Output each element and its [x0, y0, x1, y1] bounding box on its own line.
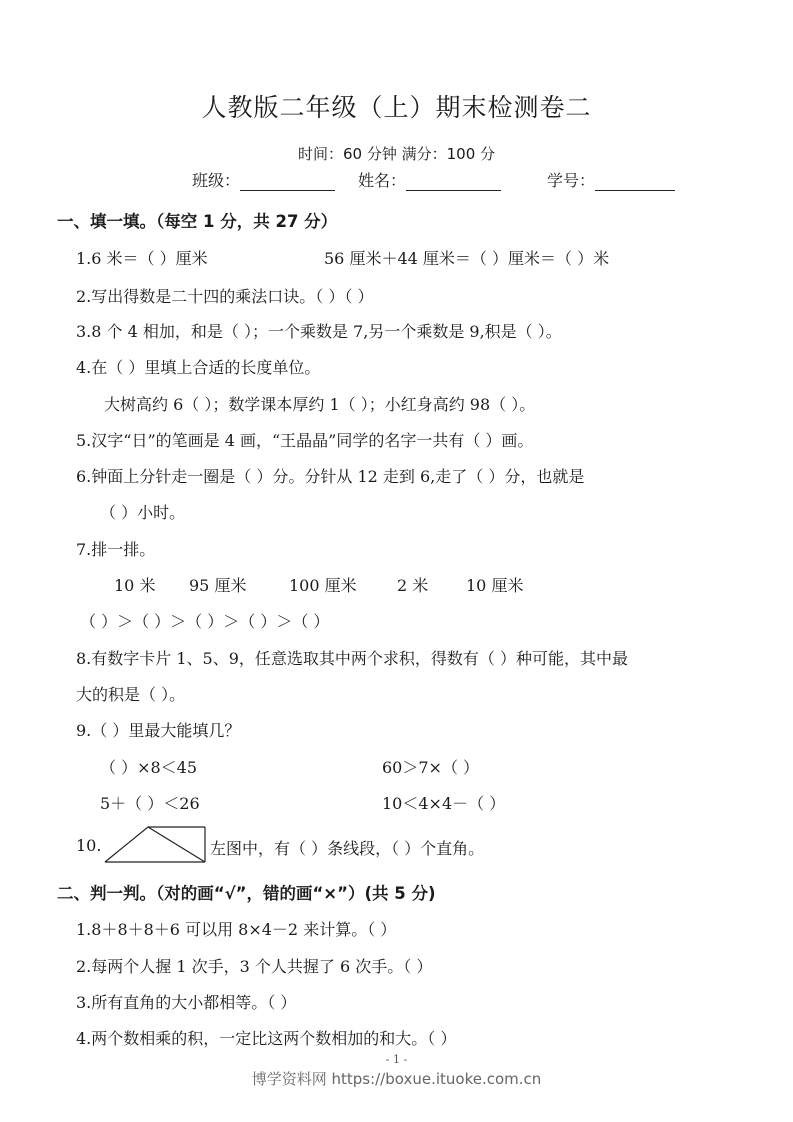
judge-item: 4.两个数相乘的积，一定比这两个数相加的和大。（ ） — [76, 1026, 456, 1049]
q9-item: 10＜4×4－（ ） — [382, 791, 505, 814]
id-label: 学号： — [547, 171, 595, 190]
question-3: 3.8 个 4 相加，和是（ ）；一个乘数是 7,另一个乘数是 9,积是（ ）。 — [76, 319, 562, 342]
question-5: 5.汉字“日”的笔画是 4 画，“王晶晶”同学的名字一共有（ ）画。 — [76, 428, 533, 451]
page-title: 人教版二年级（上）期末检测卷二 — [0, 88, 793, 124]
class-blank[interactable] — [240, 174, 335, 191]
question-8a: 8.有数字卡片 1、5、9，任意选取其中两个求积，得数有（ ）种可能，其中最 — [76, 646, 628, 669]
judge-item: 1.8＋8＋8＋6 可以用 8×4－2 来计算。（ ） — [76, 917, 396, 940]
section-2-heading: 二、判一判。（对的画“√”，错的画“×”）(共 5 分) — [57, 880, 436, 904]
q9-item: 60＞7×（ ） — [382, 755, 479, 778]
question-1b: 56 厘米＋44 厘米＝（ ）厘米＝（ ）米 — [324, 246, 609, 269]
question-4: 4.在（ ）里填上合适的长度单位。 — [76, 355, 320, 378]
exam-meta: 时间：60 分钟 满分：100 分 — [0, 143, 793, 164]
page-number: - 1 - — [0, 1053, 793, 1066]
class-field: 班级： — [192, 168, 335, 191]
class-label: 班级： — [192, 171, 240, 190]
section-1-heading: 一、填一填。（每空 1 分，共 27 分） — [57, 208, 337, 232]
judge-item: 3.所有直角的大小都相等。（ ） — [76, 990, 296, 1013]
name-label: 姓名： — [358, 171, 406, 190]
question-10: 左图中，有（ ）条线段，（ ）个直角。 — [210, 836, 484, 859]
q7-item: 100 厘米 — [289, 573, 357, 596]
question-7: 7.排一排。 — [76, 537, 155, 560]
question-10-number: 10. — [76, 836, 101, 855]
id-blank[interactable] — [595, 174, 675, 191]
name-blank[interactable] — [406, 174, 501, 191]
q7-order-blanks: （ ）＞（ ）＞（ ）＞（ ）＞（ ） — [80, 609, 329, 632]
judge-item: 2.每两个人握 1 次手，3 个人共握了 6 次手。（ ） — [76, 954, 432, 977]
q7-item: 10 米 — [114, 573, 155, 596]
id-field: 学号： — [547, 168, 675, 191]
question-6b: （ ）小时。 — [100, 500, 185, 523]
q7-item: 95 厘米 — [189, 573, 246, 596]
q7-item: 10 厘米 — [466, 573, 523, 596]
watermark-site: 博学资料网 https://boxue.ituoke.com.cn — [0, 1068, 793, 1089]
question-2: 2.写出得数是二十四的乘法口诀。（ ）（ ） — [76, 284, 373, 307]
question-4-sub: 大树高约 6（ ）；数学课本厚约 1（ ）；小红身高约 98（ ）。 — [104, 392, 535, 415]
question-9: 9.（ ）里最大能填几？ — [76, 718, 240, 741]
question-8b: 大的积是（ ）。 — [76, 682, 185, 705]
q7-item: 2 米 — [397, 573, 428, 596]
q9-item: 5＋（ ）＜26 — [100, 791, 200, 814]
question-6a: 6.钟面上分针走一圈是（ ）分。分针从 12 走到 6,走了（ ）分，也就是 — [76, 464, 584, 487]
q9-item: （ ）×8＜45 — [100, 755, 197, 778]
trapezoid-figure-icon — [100, 823, 210, 868]
name-field: 姓名： — [358, 168, 501, 191]
question-1a: 1.6 米＝（ ）厘米 — [76, 246, 208, 269]
